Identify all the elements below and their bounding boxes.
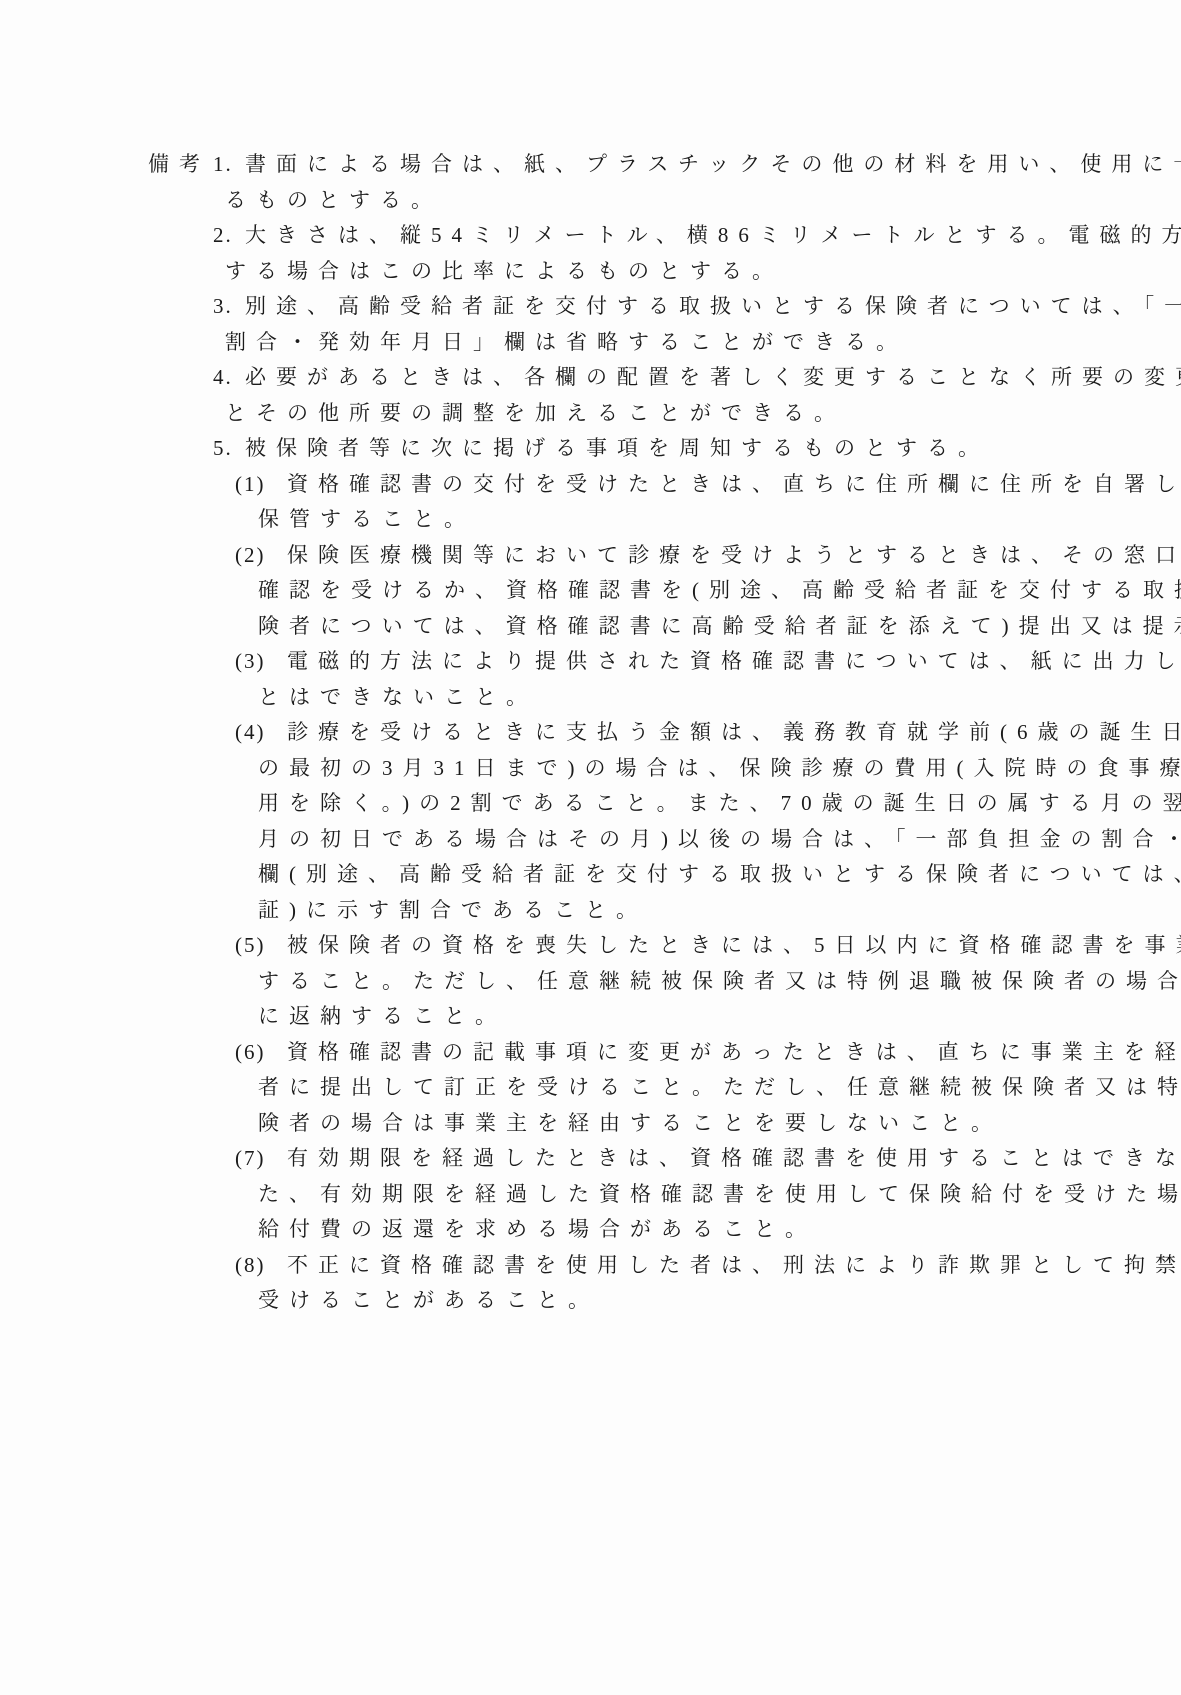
subitem-4-line-6: 証)に示す割合であること。 (0, 893, 1181, 929)
subitem-8-number: (8) (235, 1248, 287, 1284)
remarks-label: 備考 (148, 147, 210, 183)
subitem-2-line-1: (2)保険医療機関等において診療を受けようとするときは、その窓口で電子資格 (0, 538, 1181, 574)
subitem-1-line-2: 保管すること。 (0, 502, 1181, 538)
item-3-number: 3. (213, 289, 245, 325)
subitem-8-line-1: (8)不正に資格確認書を使用した者は、刑法により詐欺罪として拘禁刑の処分を (0, 1248, 1181, 1284)
subitem-8-text: 不正に資格確認書を使用した者は、刑法により詐欺罪として拘禁刑の処分を (287, 1253, 1181, 1277)
subitem-6-number: (6) (235, 1035, 287, 1071)
item-2-text: 大きさは、縦54ミリメートル、横86ミリメートルとする。電磁的方法により提供 (245, 223, 1181, 247)
item-5-line-1: 5.被保険者等に次に掲げる事項を周知するものとする。 (0, 431, 1181, 467)
item-3-line-2: 割合・発効年月日」欄は省略することができる。 (0, 325, 1181, 361)
subitem-6-line-1: (6)資格確認書の記載事項に変更があったときは、直ちに事業主を経由して保険 (0, 1035, 1181, 1071)
subitem-1-line-1: (1)資格確認書の交付を受けたときは、直ちに住所欄に住所を自署して大切に (0, 467, 1181, 503)
subitem-7-line-3: 給付費の返還を求める場合があること。 (0, 1212, 1181, 1248)
document-page: 備考 1.書面による場合は、紙、プラスチックその他の材料を用い、使用に十分耐え得… (0, 0, 1181, 1695)
subitem-4-line-2: の最初の3月31日まで)の場合は、保険診療の費用(入院時の食事療養に要する費 (0, 751, 1181, 787)
subitem-5-line-1: (5)被保険者の資格を喪失したときには、5日以内に資格確認書を事業主に提出 (0, 928, 1181, 964)
subitem-7-number: (7) (235, 1141, 287, 1177)
subitem-2-line-3: 険者については、資格確認書に高齢受給者証を添えて)提出又は提示すること。 (0, 609, 1181, 645)
subitem-4-line-1: (4)診療を受けるときに支払う金額は、義務教育就学前(6歳の誕生日の前日以後 (0, 715, 1181, 751)
subitem-2-number: (2) (235, 538, 287, 574)
item-4-line-1: 4.必要があるときは、各欄の配置を著しく変更することなく所要の変更を加えるこ (0, 360, 1181, 396)
subitem-2-text: 保険医療機関等において診療を受けようとするときは、その窓口で電子資格 (287, 543, 1181, 567)
subitem-4-line-4: 月の初日である場合はその月)以後の場合は、「一部負担金の割合・発効年月日」 (0, 822, 1181, 858)
item-2-number: 2. (213, 218, 245, 254)
item-2-line-2: する場合はこの比率によるものとする。 (0, 254, 1181, 290)
subitem-3-line-2: とはできないこと。 (0, 680, 1181, 716)
item-1-number: 1. (213, 147, 245, 183)
item-4-number: 4. (213, 360, 245, 396)
subitem-5-text: 被保険者の資格を喪失したときには、5日以内に資格確認書を事業主に提出 (287, 933, 1181, 957)
subitem-4-line-5: 欄(別途、高齢受給者証を交付する取扱いとする保険者については、高齢受給者 (0, 857, 1181, 893)
subitem-1-text: 資格確認書の交付を受けたときは、直ちに住所欄に住所を自署して大切に (287, 472, 1181, 496)
subitem-8-line-2: 受けることがあること。 (0, 1283, 1181, 1319)
subitem-2-line-2: 確認を受けるか、資格確認書を(別途、高齢受給者証を交付する取扱いとする保 (0, 573, 1181, 609)
item-1-line-2: るものとする。 (0, 183, 1181, 219)
item-2-line-1: 2.大きさは、縦54ミリメートル、横86ミリメートルとする。電磁的方法により提供 (0, 218, 1181, 254)
item-1-text: 書面による場合は、紙、プラスチックその他の材料を用い、使用に十分耐え得 (245, 152, 1181, 176)
subitem-6-line-2: 者に提出して訂正を受けること。ただし、任意継続被保険者又は特例退職被保 (0, 1070, 1181, 1106)
subitem-7-line-1: (7)有効期限を経過したときは、資格確認書を使用することはできないこと。ま (0, 1141, 1181, 1177)
subitem-5-line-2: すること。ただし、任意継続被保険者又は特例退職被保険者の場合は、保険者 (0, 964, 1181, 1000)
item-5-text: 被保険者等に次に掲げる事項を周知するものとする。 (245, 436, 989, 460)
subitem-4-number: (4) (235, 715, 287, 751)
subitem-5-number: (5) (235, 928, 287, 964)
remarks-section: 備考 1.書面による場合は、紙、プラスチックその他の材料を用い、使用に十分耐え得… (0, 147, 1181, 1319)
subitem-4-text: 診療を受けるときに支払う金額は、義務教育就学前(6歳の誕生日の前日以後 (287, 720, 1181, 744)
item-4-text: 必要があるときは、各欄の配置を著しく変更することなく所要の変更を加えるこ (245, 365, 1181, 389)
subitem-7-line-2: た、有効期限を経過した資格確認書を使用して保険給付を受けた場合は、保険 (0, 1177, 1181, 1213)
subitem-1-number: (1) (235, 467, 287, 503)
subitem-3-text: 電磁的方法により提供された資格確認書については、紙に出力して用いるこ (287, 649, 1181, 673)
subitem-6-text: 資格確認書の記載事項に変更があったときは、直ちに事業主を経由して保険 (287, 1040, 1181, 1064)
subitem-7-text: 有効期限を経過したときは、資格確認書を使用することはできないこと。ま (287, 1146, 1181, 1170)
subitem-6-line-3: 険者の場合は事業主を経由することを要しないこと。 (0, 1106, 1181, 1142)
item-3-text: 別途、高齢受給者証を交付する取扱いとする保険者については、「一部負担金の (245, 294, 1181, 318)
item-3-line-1: 3.別途、高齢受給者証を交付する取扱いとする保険者については、「一部負担金の (0, 289, 1181, 325)
item-5-number: 5. (213, 431, 245, 467)
item-4-line-2: とその他所要の調整を加えることができる。 (0, 396, 1181, 432)
subitem-3-number: (3) (235, 644, 287, 680)
subitem-3-line-1: (3)電磁的方法により提供された資格確認書については、紙に出力して用いるこ (0, 644, 1181, 680)
subitem-5-line-3: に返納すること。 (0, 999, 1181, 1035)
subitem-4-line-3: 用を除く。)の2割であること。また、70歳の誕生日の属する月の翌月(誕生日が (0, 786, 1181, 822)
